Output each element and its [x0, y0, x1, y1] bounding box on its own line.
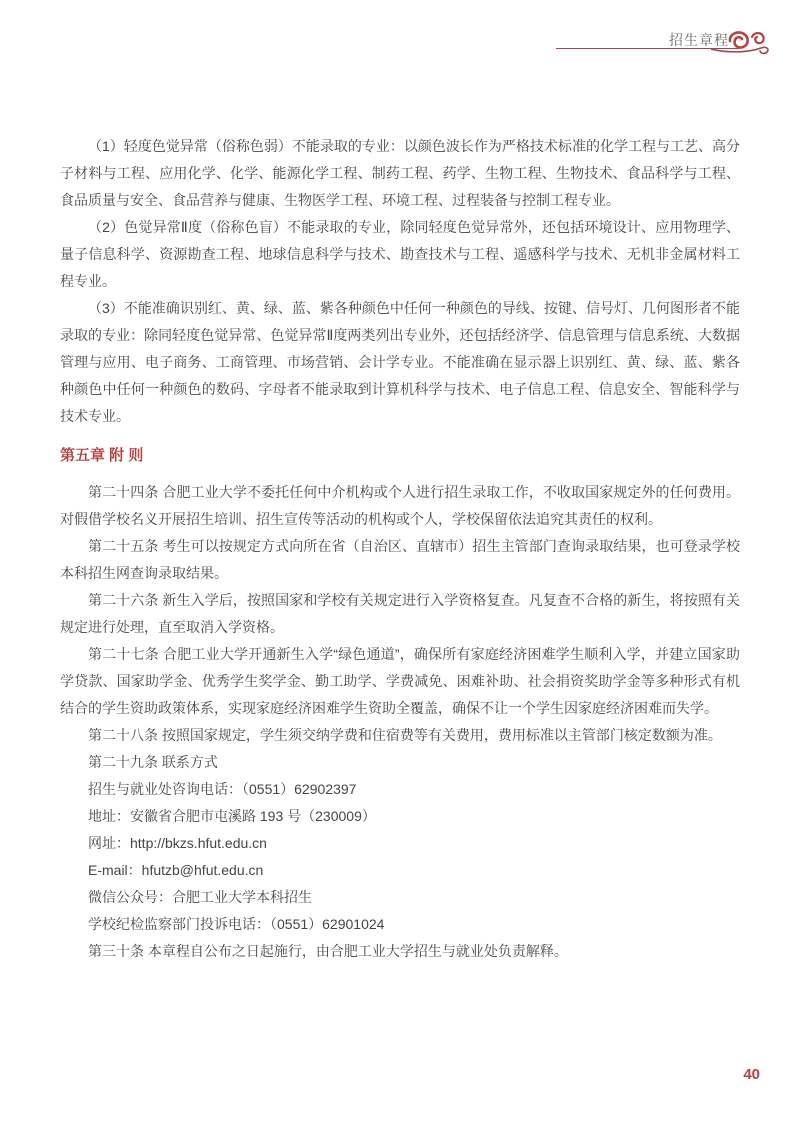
page-header: 招生章程: [0, 0, 800, 70]
article-28: 第二十八条 按照国家规定，学生须交纳学费和住宿费等有关费用，费用标准以主管部门核…: [60, 722, 740, 749]
contact-email: E-mail：hfutzb@hfut.edu.cn: [60, 857, 740, 884]
document-body: （1）轻度色觉异常（俗称色弱）不能录取的专业：以颜色波长作为严格技术标准的化学工…: [60, 133, 740, 965]
paragraph-color-blind-majors: （2）色觉异常Ⅱ度（俗称色盲）不能录取的专业，除同轻度色觉异常外，还包括环境设计…: [60, 214, 740, 295]
contact-address: 地址：安徽省合肥市屯溪路 193 号（230009）: [60, 803, 740, 830]
chapter-5-heading: 第五章 附 则: [60, 442, 740, 469]
page-number: 40: [743, 1066, 760, 1084]
article-26: 第二十六条 新生入学后，按照国家和学校有关规定进行入学资格复查。凡复查不合格的新…: [60, 587, 740, 641]
article-25: 第二十五条 考生可以按规定方式向所在省（自治区、直辖市）招生主管部门查询录取结果…: [60, 533, 740, 587]
contact-website: 网址：http://bkzs.hfut.edu.cn: [60, 830, 740, 857]
auspicious-cloud-icon: [711, 25, 771, 59]
article-30: 第三十条 本章程自公布之日起施行，由合肥工业大学招生与就业处负责解释。: [60, 938, 740, 965]
document-page: { "header": { "title": "招生章程" }, "docume…: [0, 0, 800, 1125]
article-24: 第二十四条 合肥工业大学不委托任何中介机构或个人进行招生录取工作，不收取国家规定…: [60, 479, 740, 533]
paragraph-color-weak-majors: （1）轻度色觉异常（俗称色弱）不能录取的专业：以颜色波长作为严格技术标准的化学工…: [60, 133, 740, 214]
article-27: 第二十七条 合肥工业大学开通新生入学“绿色通道”，确保所有家庭经济困难学生顺利入…: [60, 641, 740, 722]
article-29-heading: 第二十九条 联系方式: [60, 749, 740, 776]
contact-wechat: 微信公众号：合肥工业大学本科招生: [60, 884, 740, 911]
contact-phone: 招生与就业处咨询电话：（0551）62902397: [60, 776, 740, 803]
paragraph-color-recognition: （3）不能准确识别红、黄、绿、蓝、紫各种颜色中任何一种颜色的导线、按键、信号灯、…: [60, 295, 740, 430]
contact-complaint-phone: 学校纪检监察部门投诉电话：（0551）62901024: [60, 911, 740, 938]
